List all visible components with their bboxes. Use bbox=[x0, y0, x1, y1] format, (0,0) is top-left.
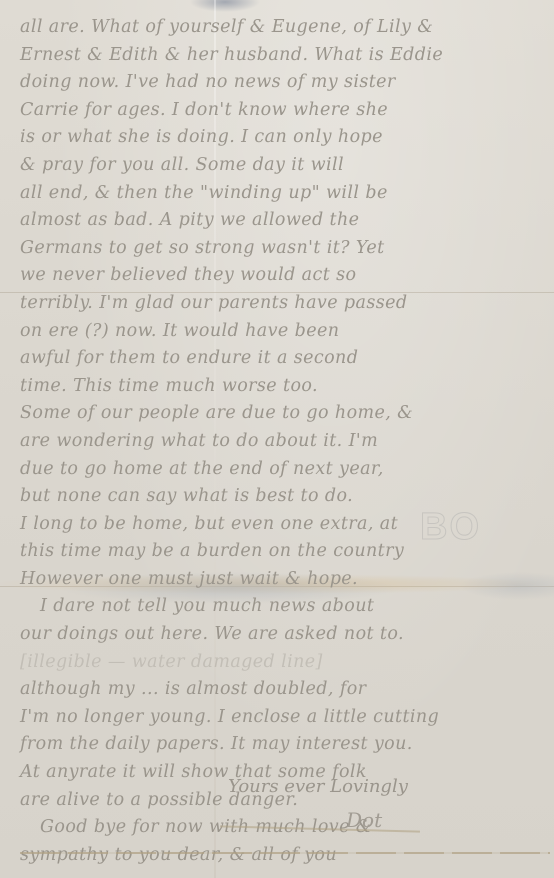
letter-line: Ernest & Edith & her husband. What is Ed… bbox=[20, 42, 540, 70]
letter-line: terribly. I'm glad our parents have pass… bbox=[20, 290, 540, 318]
letter-line: Some of our people are due to go home, & bbox=[20, 400, 540, 428]
letter-line: almost as bad. A pity we allowed the bbox=[20, 207, 540, 235]
letter-line: is or what she is doing. I can only hope bbox=[20, 124, 540, 152]
letter-line: time. This time much worse too. bbox=[20, 373, 540, 401]
letter-line: this time may be a burden on the country bbox=[20, 538, 540, 566]
letter-line: sympathy to you dear, & all of you bbox=[20, 842, 540, 870]
letter-line: our doings out here. We are asked not to… bbox=[20, 621, 540, 649]
letter-line: However one must just wait & hope. bbox=[20, 566, 540, 594]
letter-line: awful for them to endure it a second bbox=[20, 345, 540, 373]
letter-line: Carrie for ages. I don't know where she bbox=[20, 97, 540, 125]
letter-line: are wondering what to do about it. I'm bbox=[20, 428, 540, 456]
letter-page: BO all are. What of yourself & Eugene, o… bbox=[0, 0, 554, 878]
letter-line-damaged: [illegible — water damaged line] bbox=[20, 649, 540, 677]
letter-line: Germans to get so strong wasn't it? Yet bbox=[20, 235, 540, 263]
letter-line: but none can say what is best to do. bbox=[20, 483, 540, 511]
fold-stain-line bbox=[20, 852, 550, 854]
letter-line: I long to be home, but even one extra, a… bbox=[20, 511, 540, 539]
letter-line: doing now. I've had no news of my sister bbox=[20, 69, 540, 97]
letter-line: I dare not tell you much news about bbox=[20, 593, 540, 621]
letter-line: all end, & then the "winding up" will be bbox=[20, 180, 540, 208]
letter-line: all are. What of yourself & Eugene, of L… bbox=[20, 14, 540, 42]
letter-line: due to go home at the end of next year, bbox=[20, 456, 540, 484]
letter-line: I'm no longer young. I enclose a little … bbox=[20, 704, 540, 732]
letter-line: on ere (?) now. It would have been bbox=[20, 318, 540, 346]
letter-line: & pray for you all. Some day it will bbox=[20, 152, 540, 180]
letter-line: from the daily papers. It may interest y… bbox=[20, 731, 540, 759]
letter-closing: Yours ever Lovingly bbox=[228, 776, 408, 797]
letter-body: all are. What of yourself & Eugene, of L… bbox=[20, 14, 540, 869]
letter-line: we never believed they would act so bbox=[20, 262, 540, 290]
letter-line: although my ... is almost doubled, for bbox=[20, 676, 540, 704]
